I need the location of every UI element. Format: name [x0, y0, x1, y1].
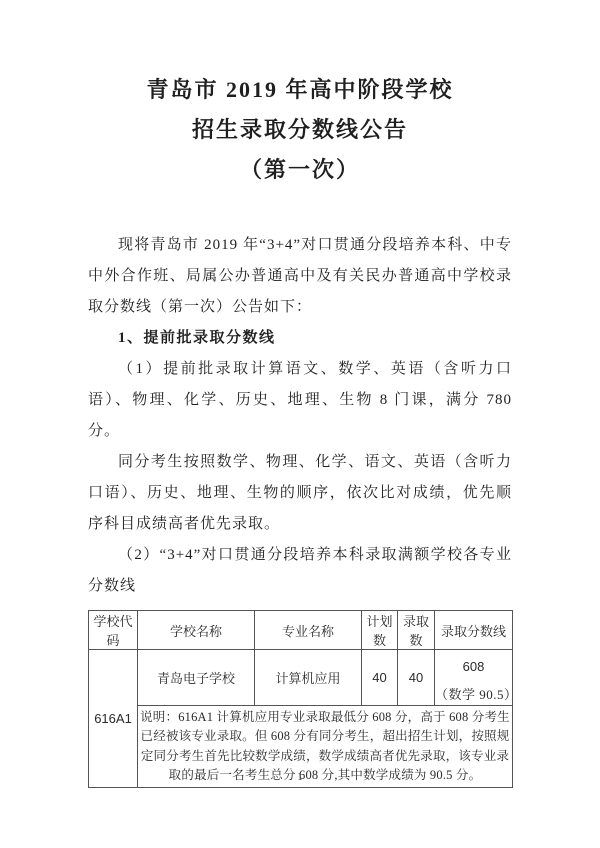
header-cell-major-name: 专业名称 [255, 611, 362, 650]
paragraph-1: （1）提前批录取计算语文、数学、英语（含听力口语）、物理、化学、历史、地理、生物… [88, 354, 512, 447]
page-number: 1 [0, 769, 600, 784]
document-content: 青岛市 2019 年高中阶段学校 招生录取分数线公告 （第一次） 现将青岛市 2… [88, 0, 512, 788]
paragraph-3: （2）“3+4”对口贯通分段培养本科录取满额学校各专业分数线 [88, 540, 512, 602]
table-header-row: 学校代码 学校名称 专业名称 计划数 录取数 录取分数线 [89, 611, 513, 650]
header-cell-score-line: 录取分数线 [435, 611, 513, 650]
document-body: 现将青岛市 2019 年“3+4”对口贯通分段培养本科、中专中外合作班、局属公办… [88, 230, 512, 602]
header-cell-plan-count: 计划数 [362, 611, 398, 650]
section-1-heading: 1、提前批录取分数线 [88, 323, 512, 354]
table-data-row: 616A1 青岛电子学校 计算机应用 40 40 608 （数学 90.5） [89, 650, 513, 706]
document-page: 青岛市 2019 年高中阶段学校 招生录取分数线公告 （第一次） 现将青岛市 2… [0, 0, 600, 848]
cell-major-name: 计算机应用 [255, 650, 362, 706]
cell-school-code: 616A1 [89, 650, 138, 788]
title-line-2: 招生录取分数线公告 [88, 110, 512, 150]
cell-school-name: 青岛电子学校 [138, 650, 255, 706]
score-detail: （数学 90.5） [435, 687, 512, 703]
cell-admitted-count: 40 [398, 650, 435, 706]
paragraph-2: 同分考生按照数学、物理、化学、语文、英语（含听力口语）、历史、地理、生物的顺序，… [88, 447, 512, 540]
admission-score-table: 学校代码 学校名称 专业名称 计划数 录取数 录取分数线 616A1 青岛电子学… [88, 610, 513, 788]
document-title: 青岛市 2019 年高中阶段学校 招生录取分数线公告 （第一次） [88, 0, 512, 190]
score-value: 608 [435, 659, 512, 675]
header-cell-admitted-count: 录取数 [398, 611, 435, 650]
title-line-3: （第一次） [88, 150, 512, 190]
score-table-wrapper: 学校代码 学校名称 专业名称 计划数 录取数 录取分数线 616A1 青岛电子学… [88, 610, 512, 788]
header-cell-school-code: 学校代码 [89, 611, 138, 650]
intro-paragraph: 现将青岛市 2019 年“3+4”对口贯通分段培养本科、中专中外合作班、局属公办… [88, 230, 512, 323]
header-cell-school-name: 学校名称 [138, 611, 255, 650]
cell-plan-count: 40 [362, 650, 398, 706]
cell-score-line: 608 （数学 90.5） [435, 650, 513, 706]
title-line-1: 青岛市 2019 年高中阶段学校 [88, 70, 512, 110]
